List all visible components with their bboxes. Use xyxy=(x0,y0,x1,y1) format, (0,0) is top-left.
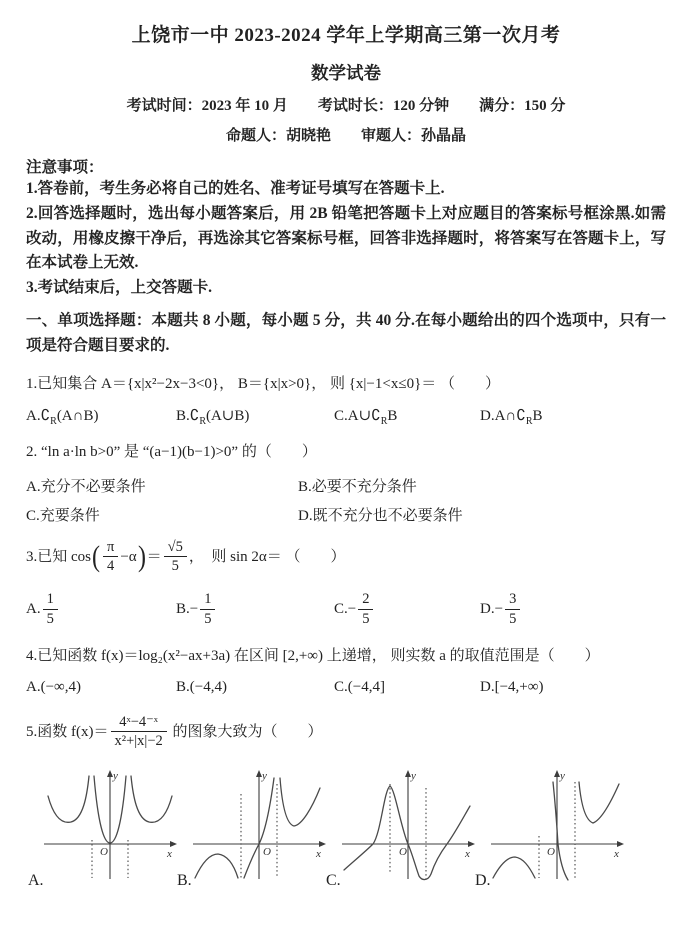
question-1: 1.已知集合 A＝{x|x²−2x−3<0}， B＝{x|x>0}， 则 {x|… xyxy=(26,373,666,428)
axis-origin-label: O xyxy=(100,846,108,858)
axis-origin-label: O xyxy=(399,846,407,858)
question-4: 4.已知函数 f(x)＝log₂(x²−ax+3a) 在区间 [2,+∞) 上递… xyxy=(26,645,666,696)
question-2-option-b: B.必要不充分条件 xyxy=(298,475,666,496)
question-3-option-d: D.−35 xyxy=(480,591,666,627)
axis-x-label: x xyxy=(464,848,470,860)
section1-heading: 一、单项选择题：本题共 8 小题，每小题 5 分，共 40 分.在每小题给出的四… xyxy=(26,309,666,359)
question-1-stem: 1.已知集合 A＝{x|x²−2x−3<0}， B＝{x|x>0}， 则 {x|… xyxy=(26,373,666,396)
graph-option-c: y x O C. xyxy=(326,766,475,896)
axis-x-label: x xyxy=(613,848,619,860)
graph-b-label: B. xyxy=(177,872,192,890)
axis-x-label: x xyxy=(166,848,172,860)
question-1-option-c: C.A∪∁RB xyxy=(334,406,480,427)
graph-b-plot: y x O xyxy=(189,766,329,886)
exam-meta-authors: 命题人：胡晓艳 审题人：孙晶晶 xyxy=(26,124,666,145)
question-1-option-a: A.∁R(A∩B) xyxy=(26,406,176,427)
question-1-options: A.∁R(A∩B) B.∁R(A∪B) C.A∪∁RB D.A∩∁RB xyxy=(26,406,666,427)
notice-item-1: 1.答卷前，考生务必将自己的姓名、准考证号填写在答题卡上. xyxy=(26,177,666,202)
fraction-sqrt5-over-5: √55 xyxy=(164,539,187,575)
question-2-options: A.充分不必要条件 B.必要不充分条件 C.充要条件 D.既不充分也不必要条件 xyxy=(26,475,666,525)
question-4-options: A.(−∞,4) B.(−4,4) C.(−4,4] D.[−4,+∞) xyxy=(26,679,666,696)
question-4-option-b: B.(−4,4) xyxy=(176,679,334,696)
axis-y-label: y xyxy=(559,770,565,782)
page-subtitle: 数学试卷 xyxy=(26,60,666,85)
question-5-graph-options: y x O A. y x O B. xyxy=(28,766,666,896)
graph-c-plot: y x O xyxy=(338,766,478,886)
graph-option-b: y x O B. xyxy=(177,766,326,896)
question-1-option-b: B.∁R(A∪B) xyxy=(176,406,334,427)
graph-c-label: C. xyxy=(326,872,341,890)
question-2-option-a: A.充分不必要条件 xyxy=(26,475,298,496)
axis-origin-label: O xyxy=(263,846,271,858)
axis-origin-label: O xyxy=(547,846,555,858)
axis-y-label: y xyxy=(410,770,416,782)
question-2-option-d: D.既不充分也不必要条件 xyxy=(298,504,666,525)
question-4-option-d: D.[−4,+∞) xyxy=(480,679,666,696)
graph-a-label: A. xyxy=(28,872,44,890)
question-4-option-c: C.(−4,4] xyxy=(334,679,480,696)
graph-d-plot: y x O xyxy=(487,766,627,886)
question-3: 3.已知 cos ( π4 −α ) ＝ √55 ， 则 sin 2α＝ （ ）… xyxy=(26,539,666,628)
graph-option-a: y x O A. xyxy=(28,766,177,896)
graph-d-label: D. xyxy=(475,872,491,890)
question-2: 2. “ln a·ln b>0” 是 “(a−1)(b−1)>0” 的（ ） A… xyxy=(26,441,666,525)
question-3-option-c: C.−25 xyxy=(334,591,480,627)
question-3-options: A.15 B.−15 C.−25 D.−35 xyxy=(26,591,666,627)
graph-a-plot: y x O xyxy=(40,766,180,886)
question-4-stem: 4.已知函数 f(x)＝log₂(x²−ax+3a) 在区间 [2,+∞) 上递… xyxy=(26,645,666,668)
notice-heading: 注意事项： xyxy=(26,155,666,177)
question-3-stem: 3.已知 cos ( π4 −α ) ＝ √55 ， 则 sin 2α＝ （ ） xyxy=(26,539,666,575)
fraction-pi-over-4: π4 xyxy=(103,539,118,575)
axis-x-label: x xyxy=(315,848,321,860)
exam-page: 上饶市一中 2023-2024 学年上学期高三第一次月考 数学试卷 考试时间：2… xyxy=(0,0,692,935)
question-2-stem: 2. “ln a·ln b>0” 是 “(a−1)(b−1)>0” 的（ ） xyxy=(26,441,666,464)
fraction-q5: 4ˣ−4⁻ˣx²+|x|−2 xyxy=(111,714,167,750)
page-title: 上饶市一中 2023-2024 学年上学期高三第一次月考 xyxy=(26,20,666,47)
question-3-option-b: B.−15 xyxy=(176,591,334,627)
close-paren: ) xyxy=(138,542,146,572)
notice-item-2: 2.回答选择题时，选出每小题答案后，用 2B 铅笔把答题卡上对应题目的答案标号框… xyxy=(26,202,666,276)
question-3-option-a: A.15 xyxy=(26,591,176,627)
notice-section: 注意事项： 1.答卷前，考生务必将自己的姓名、准考证号填写在答题卡上. 2.回答… xyxy=(26,155,666,301)
axis-y-label: y xyxy=(261,770,267,782)
question-5-stem: 5.函数 f(x)＝ 4ˣ−4⁻ˣx²+|x|−2 的图象大致为（ ） xyxy=(26,714,666,750)
graph-option-d: y x O D. xyxy=(475,766,624,896)
open-paren: ( xyxy=(92,542,100,572)
question-4-option-a: A.(−∞,4) xyxy=(26,679,176,696)
exam-meta-time: 考试时间：2023 年 10 月 考试时长：120 分钟 满分：150 分 xyxy=(26,94,666,115)
axis-y-label: y xyxy=(112,770,118,782)
question-2-option-c: C.充要条件 xyxy=(26,504,298,525)
question-5: 5.函数 f(x)＝ 4ˣ−4⁻ˣx²+|x|−2 的图象大致为（ ） y x … xyxy=(26,714,666,896)
notice-item-3: 3.考试结束后，上交答题卡. xyxy=(26,276,666,301)
question-1-option-d: D.A∩∁RB xyxy=(480,406,666,427)
